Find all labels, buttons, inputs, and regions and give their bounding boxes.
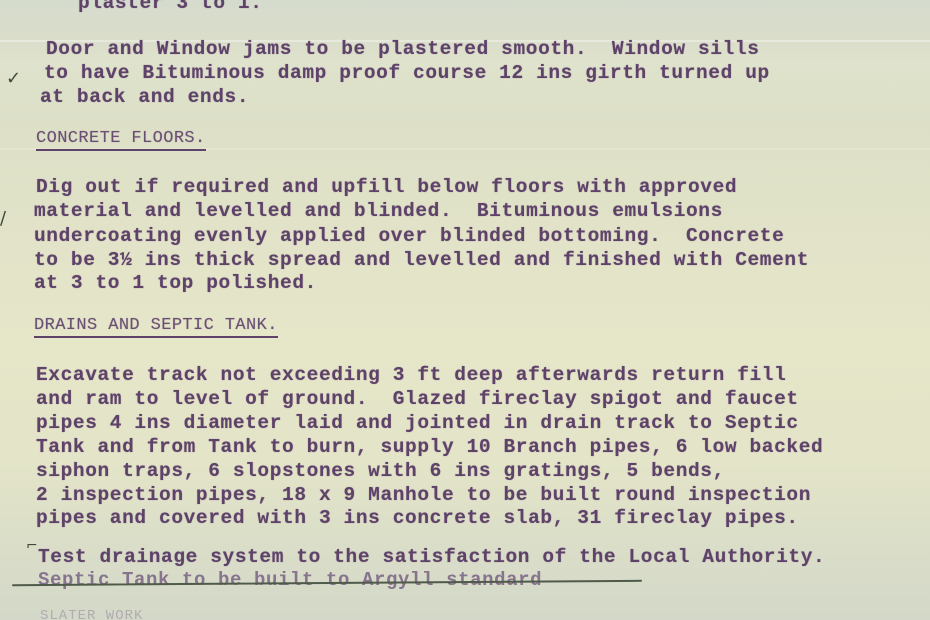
margin-mark-icon: ⌐ [26, 538, 38, 554]
concrete-line-2: material and levelled and blinded. Bitum… [34, 200, 723, 222]
section-heading-concrete-floors: CONCRETE FLOORS. [36, 129, 206, 151]
jambs-line-1: Door and Window jams to be plastered smo… [46, 38, 760, 60]
drains-line-2: and ram to level of ground. Glazed firec… [36, 388, 799, 410]
jambs-line-2: to have Bituminous damp proof course 12 … [44, 62, 770, 84]
drains-line-7: pipes and covered with 3 ins concrete sl… [36, 507, 799, 529]
drains-line-3: pipes 4 ins diameter laid and jointed in… [36, 412, 799, 434]
drains-line-5: siphon traps, 6 slopstones with 6 ins gr… [36, 460, 725, 482]
jambs-line-3: at back and ends. [40, 86, 249, 108]
section-heading-drains: DRAINS AND SEPTIC TANK. [34, 316, 278, 338]
concrete-line-3: undercoating evenly applied over blinded… [34, 225, 784, 247]
margin-slash-icon: / [0, 208, 6, 229]
next-heading-fragment: SLATER WORK [40, 608, 143, 620]
struck-septic-line: Septic Tank to be built to Argyll standa… [38, 569, 542, 591]
concrete-line-4: to be 3½ ins thick spread and levelled a… [34, 249, 809, 271]
drains-line-4: Tank and from Tank to burn, supply 10 Br… [36, 436, 823, 458]
typewritten-page: plaster 3 to 1. Door and Window jams to … [0, 0, 930, 620]
margin-tick-icon: ✓ [6, 68, 21, 89]
top-fragment: plaster 3 to 1. [78, 0, 263, 14]
concrete-line-1: Dig out if required and upfill below flo… [36, 176, 737, 198]
concrete-line-5: at 3 to 1 top polished. [34, 272, 317, 294]
drains-line-6: 2 inspection pipes, 18 x 9 Manhole to be… [36, 484, 811, 506]
drains-line-1: Excavate track not exceeding 3 ft deep a… [36, 364, 786, 386]
test-drainage-line: Test drainage system to the satisfaction… [38, 546, 825, 568]
